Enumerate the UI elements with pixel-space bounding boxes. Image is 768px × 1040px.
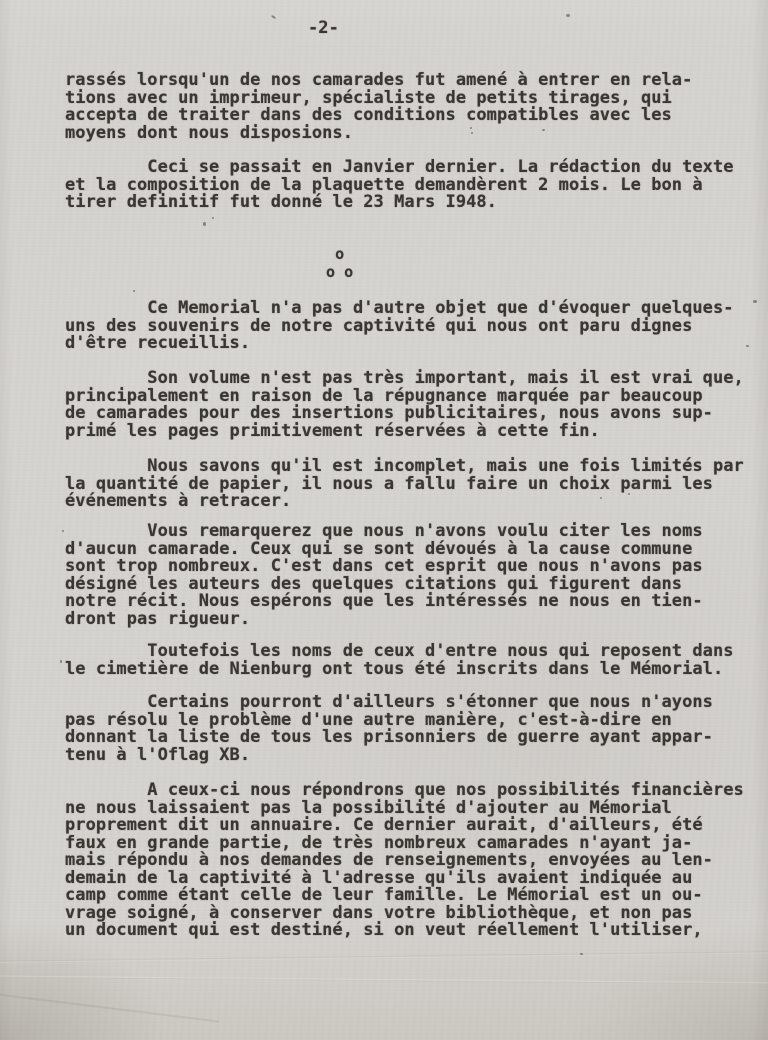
paper-crease — [0, 976, 768, 985]
paragraph-1: rassés lorsqu'un de nos camarades fut am… — [65, 72, 692, 142]
ink-speck — [600, 497, 602, 499]
ink-speck — [60, 660, 62, 663]
paragraph-9: A ceux-ci nous répondrons que nos possib… — [65, 782, 744, 940]
ink-speck — [580, 953, 583, 955]
paragraph-3: Ce Memorial n'a pas d'autre objet que d'… — [65, 300, 734, 353]
ink-speck — [133, 290, 135, 292]
ink-speck — [470, 127, 472, 129]
ink-speck — [62, 530, 64, 532]
ink-speck — [746, 345, 749, 347]
ink-speck — [471, 132, 473, 134]
ink-speck — [203, 222, 206, 226]
ink-speck — [542, 129, 545, 131]
paper-crease — [0, 991, 219, 1022]
ink-speck — [566, 14, 570, 17]
ink-speck — [212, 217, 214, 219]
paragraph-4: Son volume n'est pas très important, mai… — [65, 370, 744, 440]
paragraph-5: Nous savons qu'il est incomplet, mais un… — [65, 458, 744, 511]
paragraph-2: Ceci se passait en Janvier dernier. La r… — [65, 159, 734, 212]
page-number: -2- — [308, 20, 339, 38]
paper-crease — [0, 951, 768, 963]
scanned-document-page: -2- rassés lorsqu'un de nos camarades fu… — [0, 0, 768, 1040]
ink-speck — [753, 300, 757, 303]
ink-speck — [271, 15, 276, 20]
paragraph-6: Vous remarquerez que nous n'avons voulu … — [65, 523, 703, 628]
ink-speck — [596, 601, 598, 604]
section-separator: o o o — [326, 245, 353, 281]
paragraph-7: Toutefois les noms de ceux d'entre nous … — [65, 643, 734, 678]
ink-speck — [628, 493, 630, 495]
paragraph-8: Certains pourront d'ailleurs s'étonner q… — [65, 694, 713, 764]
